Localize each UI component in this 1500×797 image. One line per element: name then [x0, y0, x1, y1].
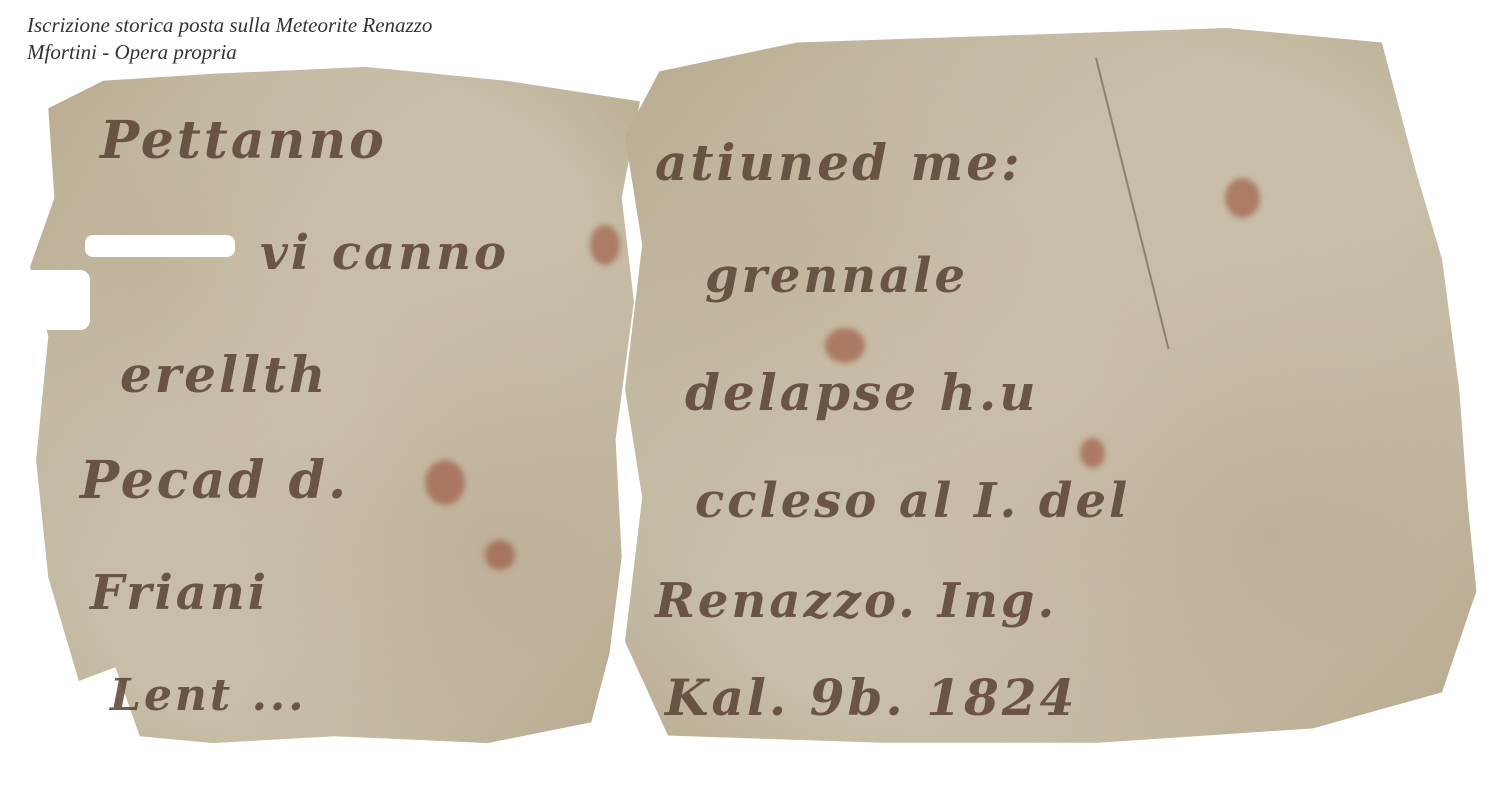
caption-title: Iscrizione storica posta sulla Meteorite… — [27, 12, 432, 39]
inscription-fragment-right: atiuned me: grennale delapse h.u ccleso … — [625, 28, 1485, 750]
handwritten-line: Pecad d. — [80, 450, 349, 511]
ink-stain — [590, 225, 620, 265]
handwritten-line: Friani — [90, 565, 269, 621]
paper-tear — [85, 235, 235, 257]
ink-stain — [825, 328, 865, 363]
paper-tear — [20, 270, 90, 330]
handwritten-line: ccleso al I. del — [695, 473, 1130, 529]
inscription-fragment-left: Pettanno vi canno erellth Pecad d. Frian… — [30, 60, 640, 750]
handwritten-line: atiuned me: — [655, 133, 1023, 192]
caption-credit: Mfortini - Opera propria — [27, 39, 432, 66]
handwritten-line: grennale — [705, 248, 968, 304]
ink-stain — [485, 540, 515, 570]
ink-stain — [425, 460, 465, 505]
ink-stain — [1080, 438, 1105, 468]
handwritten-line: vi canno — [260, 225, 509, 281]
handwritten-line: Kal. 9b. 1824 — [665, 668, 1077, 727]
image-caption: Iscrizione storica posta sulla Meteorite… — [27, 12, 432, 66]
handwritten-line: Renazzo. Ing. — [655, 573, 1057, 629]
handwritten-line: delapse h.u — [685, 363, 1039, 422]
ink-stain — [1225, 178, 1260, 218]
handwritten-line: Pettanno — [100, 110, 387, 171]
handwritten-line: erellth — [120, 345, 328, 404]
handwritten-line: Lent ... — [110, 670, 307, 721]
